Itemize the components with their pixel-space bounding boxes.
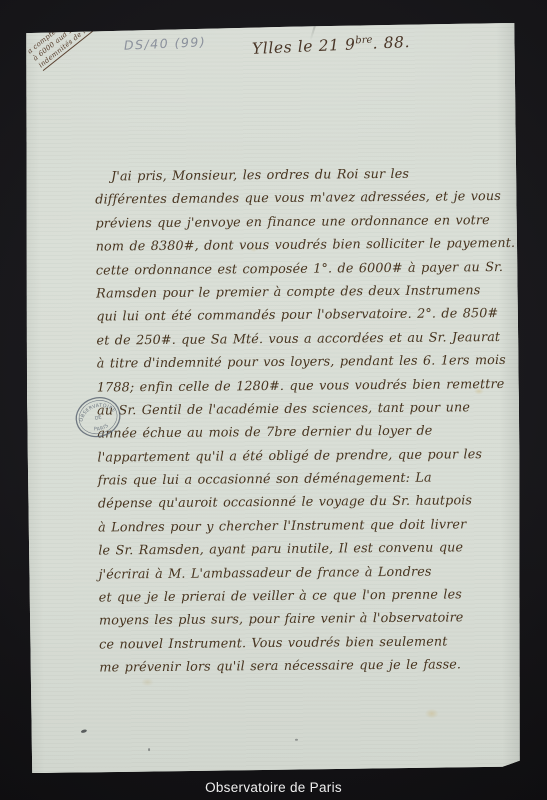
- letter-line: J'ai pris, Monsieur, les ordres du Roi s…: [95, 162, 503, 189]
- letter-line: à Londres pour y chercher l'Instrument q…: [98, 513, 506, 540]
- letter-line: dépense qu'auroit occasionné le voyage d…: [98, 489, 506, 516]
- letter-line: frais que lui a occasionné son déménagem…: [98, 466, 506, 493]
- dateline: Ylles le 21 9bre. 88.: [252, 33, 411, 58]
- dateline-suffix: . 88.: [372, 33, 410, 53]
- svg-text:PARIS: PARIS: [92, 422, 111, 434]
- letter-line: le Sr. Ramsden, ayant paru inutile, Il e…: [98, 536, 506, 563]
- ink-speck: [81, 729, 88, 733]
- letter-line: différentes demandes que vous m'avez adr…: [95, 185, 503, 212]
- ink-speck: [148, 748, 150, 751]
- letter-line: ce nouvel Instrument. Vous voudrés bien …: [99, 630, 507, 657]
- letter-line: nom de 8380#, dont vous voudrés bien sol…: [96, 232, 504, 259]
- letter-line: l'appartement qu'il a été obligé de pren…: [97, 443, 505, 470]
- caption-text: Observatoire de Paris: [0, 780, 547, 795]
- stamp-text-bottom: PARIS: [92, 422, 111, 434]
- letter-line: préviens que j'envoye en finance une ord…: [95, 209, 503, 236]
- ink-speck: [295, 739, 298, 741]
- letter-line: au Sr. Gentil de l'académie des sciences…: [97, 396, 505, 423]
- letter-line: et de 250#. que Sa Mté. vous a accordées…: [96, 326, 504, 353]
- dateline-superscript: bre: [355, 35, 373, 47]
- letter-line: me prévenir lors qu'il sera nécessaire q…: [99, 653, 507, 680]
- letter-line: 1788; enfin celle de 1280#. que vous vou…: [97, 372, 505, 399]
- letter-line: moyens les plus surs, pour faire venir à…: [99, 606, 507, 633]
- letter-line: qui lui ont été commandés pour l'observa…: [96, 302, 504, 329]
- catalog-number: DS/40 (99): [124, 34, 207, 53]
- letter-paper: a compté à 6000 aud Ramsden indemnités d…: [24, 23, 522, 773]
- dateline-prefix: Ylles le 21 9: [252, 35, 356, 58]
- letter-line: à titre d'indemnité pour vos loyers, pen…: [97, 349, 505, 376]
- letter-body: J'ai pris, Monsieur, les ordres du Roi s…: [95, 162, 507, 680]
- letter-line: cette ordonnance est composée 1°. de 600…: [96, 256, 504, 283]
- stamp-text-middle: DE: [94, 414, 102, 422]
- letter-line: et que je le prierai de veiller à ce que…: [99, 583, 507, 610]
- letter-line: j'écrirai à M. L'ambassadeur de france à…: [98, 560, 506, 587]
- letter-line: année échue au mois de 7bre dernier du l…: [97, 419, 505, 446]
- letter-line: Ramsden pour le premier à compte des deu…: [96, 279, 504, 306]
